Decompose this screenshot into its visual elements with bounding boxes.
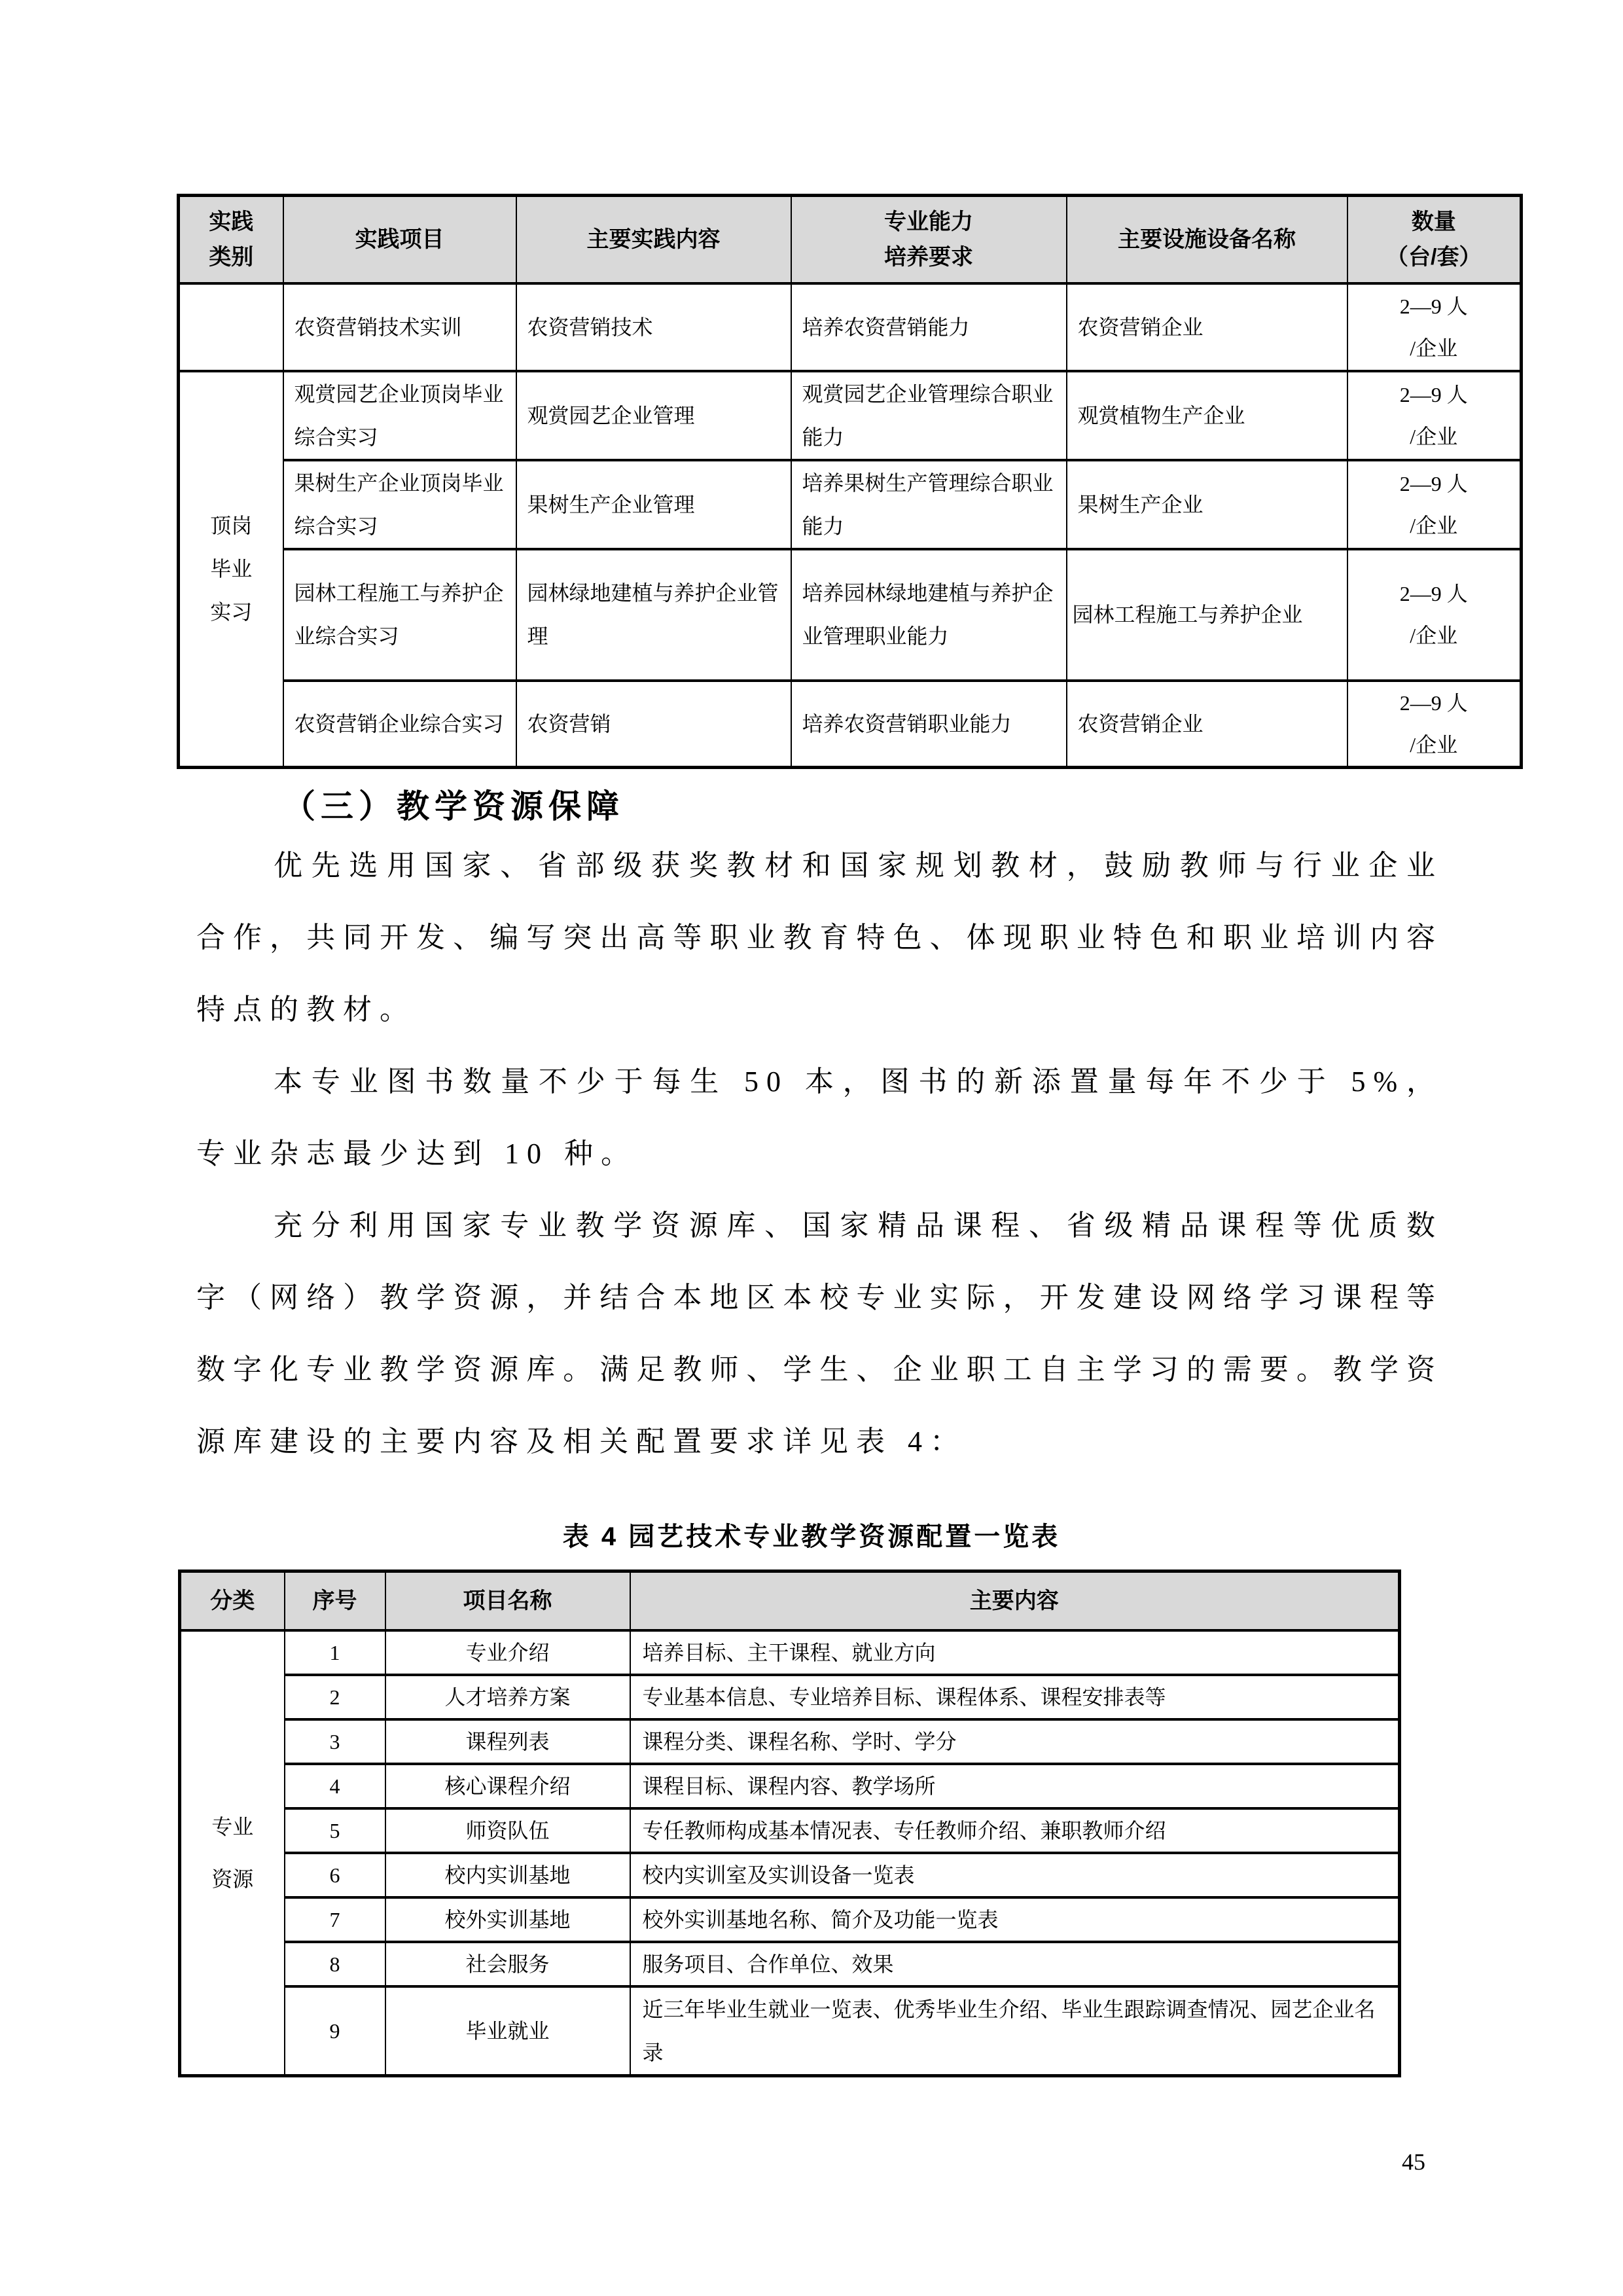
table-row: 3 课程列表 课程分类、课程名称、学时、学分: [180, 1719, 1400, 1764]
cell-category-empty: [179, 283, 283, 371]
header-main-content: 主要内容: [630, 1571, 1400, 1630]
header-line: 专业能力: [796, 204, 1062, 240]
cell-content: 课程目标、课程内容、教学场所: [630, 1764, 1400, 1808]
cell-name: 社会服务: [385, 1942, 630, 1986]
quantity-line: 2—9 人: [1359, 374, 1510, 416]
cell-ability: 培养农资营销职业能力: [791, 681, 1067, 768]
paragraph: 优先选用国家、省部级获奖教材和国家规划教材，鼓励教师与行业企业合作，共同开发、编…: [196, 830, 1443, 1046]
cell-name: 核心课程介绍: [385, 1764, 630, 1808]
cell-name: 校外实训基地: [385, 1897, 630, 1942]
category-line: 毕业: [190, 547, 272, 590]
cell-project: 园林工程施工与养护企业综合实习: [283, 549, 516, 681]
header-line: 实践: [184, 204, 279, 240]
cell-no: 9: [285, 1986, 385, 2076]
paragraph: 充分利用国家专业教学资源库、国家精品课程、省级精品课程等优质数字（网络）教学资源…: [196, 1190, 1443, 1478]
cell-content: 农资营销: [516, 681, 791, 768]
header-practice-project: 实践项目: [283, 196, 516, 283]
cell-quantity: 2—9 人 /企业: [1347, 460, 1522, 549]
quantity-line: /企业: [1359, 615, 1510, 656]
cell-facility: 园林工程施工与养护企业: [1067, 549, 1347, 681]
cell-content: 专任教师构成基本情况表、专任教师介绍、兼职教师介绍: [630, 1808, 1400, 1853]
quantity-line: 2—9 人: [1359, 463, 1510, 505]
table-row: 专业 资源 1 专业介绍 培养目标、主干课程、就业方向: [180, 1630, 1400, 1675]
table-row: 9 毕业就业 近三年毕业生就业一览表、优秀毕业生介绍、毕业生跟踪调查情况、园艺企…: [180, 1986, 1400, 2076]
header-quantity: 数量 （台/套）: [1347, 196, 1522, 283]
header-facility-name: 主要设施设备名称: [1067, 196, 1347, 283]
quantity-line: /企业: [1359, 327, 1510, 369]
cell-no: 3: [285, 1719, 385, 1764]
cell-ability: 培养园林绿地建植与养护企业管理职业能力: [791, 549, 1067, 681]
cell-content: 果树生产企业管理: [516, 460, 791, 549]
cell-content: 校内实训室及实训设备一览表: [630, 1853, 1400, 1897]
body-text-block: 优先选用国家、省部级获奖教材和国家规划教材，鼓励教师与行业企业合作，共同开发、编…: [196, 830, 1443, 1478]
cell-name: 校内实训基地: [385, 1853, 630, 1897]
quantity-line: 2—9 人: [1359, 682, 1510, 724]
cell-no: 7: [285, 1897, 385, 1942]
table-row: 4 核心课程介绍 课程目标、课程内容、教学场所: [180, 1764, 1400, 1808]
cell-content: 课程分类、课程名称、学时、学分: [630, 1719, 1400, 1764]
cell-name: 人才培养方案: [385, 1675, 630, 1719]
practice-category-span-cell: 顶岗 毕业 实习: [179, 371, 283, 768]
header-practice-content: 主要实践内容: [516, 196, 791, 283]
table-row: 2 人才培养方案 专业基本信息、专业培养目标、课程体系、课程安排表等: [180, 1675, 1400, 1719]
table-row: 顶岗 毕业 实习 观赏园艺企业顶岗毕业综合实习 观赏园艺企业管理 观赏园艺企业管…: [179, 371, 1522, 460]
table-caption: 表 4 园艺技术专业教学资源配置一览表: [0, 1516, 1623, 1553]
cell-content: 培养目标、主干课程、就业方向: [630, 1630, 1400, 1675]
practice-table-header-row: 实践 类别 实践项目 主要实践内容 专业能力 培养要求 主要设施设备名称 数量 …: [179, 196, 1522, 283]
quantity-line: 2—9 人: [1359, 285, 1510, 327]
cell-facility: 农资营销企业: [1067, 681, 1347, 768]
table-row: 7 校外实训基地 校外实训基地名称、简介及功能一览表: [180, 1897, 1400, 1942]
header-line: 培养要求: [796, 240, 1062, 275]
cell-facility: 果树生产企业: [1067, 460, 1347, 549]
resource-table-header-row: 分类 序号 项目名称 主要内容: [180, 1571, 1400, 1630]
quantity-line: 2—9 人: [1359, 573, 1510, 615]
teaching-resource-table: 分类 序号 项目名称 主要内容 专业 资源 1 专业介绍 培养目标、主干课程、就…: [178, 1570, 1401, 2077]
cell-content: 观赏园艺企业管理: [516, 371, 791, 460]
category-line: 资源: [192, 1853, 274, 1905]
section-heading: （三）教学资源保障: [196, 780, 1443, 827]
table-row: 农资营销技术实训 农资营销技术 培养农资营销能力 农资营销企业 2—9 人 /企…: [179, 283, 1522, 371]
category-line: 实习: [190, 590, 272, 634]
header-line: （台/套）: [1352, 240, 1516, 275]
cell-project: 农资营销技术实训: [283, 283, 516, 371]
paragraph: 本专业图书数量不少于每生 50 本，图书的新添置量每年不少于 5%，专业杂志最少…: [196, 1046, 1443, 1190]
quantity-line: /企业: [1359, 505, 1510, 547]
quantity-line: /企业: [1359, 724, 1510, 766]
cell-facility: 观赏植物生产企业: [1067, 371, 1347, 460]
quantity-line: /企业: [1359, 416, 1510, 457]
practice-training-table: 实践 类别 实践项目 主要实践内容 专业能力 培养要求 主要设施设备名称 数量 …: [177, 194, 1523, 769]
cell-ability: 观赏园艺企业管理综合职业能力: [791, 371, 1067, 460]
cell-content: 服务项目、合作单位、效果: [630, 1942, 1400, 1986]
table-row: 农资营销企业综合实习 农资营销 培养农资营销职业能力 农资营销企业 2—9 人 …: [179, 681, 1522, 768]
cell-name: 课程列表: [385, 1719, 630, 1764]
table-row: 6 校内实训基地 校内实训室及实训设备一览表: [180, 1853, 1400, 1897]
category-line: 顶岗: [190, 504, 272, 547]
cell-project: 农资营销企业综合实习: [283, 681, 516, 768]
cell-quantity: 2—9 人 /企业: [1347, 681, 1522, 768]
cell-content: 园林绿地建植与养护企业管理: [516, 549, 791, 681]
cell-name: 师资队伍: [385, 1808, 630, 1853]
header-line: 数量: [1352, 204, 1516, 240]
table-row: 8 社会服务 服务项目、合作单位、效果: [180, 1942, 1400, 1986]
category-line: 专业: [192, 1801, 274, 1853]
cell-no: 5: [285, 1808, 385, 1853]
header-line: 类别: [184, 240, 279, 275]
cell-no: 1: [285, 1630, 385, 1675]
cell-content: 农资营销技术: [516, 283, 791, 371]
header-item-name: 项目名称: [385, 1571, 630, 1630]
resource-category-span-cell: 专业 资源: [180, 1630, 285, 2076]
cell-project: 果树生产企业顶岗毕业综合实习: [283, 460, 516, 549]
header-serial-number: 序号: [285, 1571, 385, 1630]
cell-facility: 农资营销企业: [1067, 283, 1347, 371]
cell-quantity: 2—9 人 /企业: [1347, 371, 1522, 460]
table-row: 果树生产企业顶岗毕业综合实习 果树生产企业管理 培养果树生产管理综合职业能力 果…: [179, 460, 1522, 549]
cell-name: 毕业就业: [385, 1986, 630, 2076]
table-row: 5 师资队伍 专任教师构成基本情况表、专任教师介绍、兼职教师介绍: [180, 1808, 1400, 1853]
document-page: 实践 类别 实践项目 主要实践内容 专业能力 培养要求 主要设施设备名称 数量 …: [0, 0, 1623, 2296]
cell-no: 2: [285, 1675, 385, 1719]
cell-content: 专业基本信息、专业培养目标、课程体系、课程安排表等: [630, 1675, 1400, 1719]
cell-quantity: 2—9 人 /企业: [1347, 283, 1522, 371]
table-row: 园林工程施工与养护企业综合实习 园林绿地建植与养护企业管理 培养园林绿地建植与养…: [179, 549, 1522, 681]
cell-name: 专业介绍: [385, 1630, 630, 1675]
header-ability-requirement: 专业能力 培养要求: [791, 196, 1067, 283]
header-practice-category: 实践 类别: [179, 196, 283, 283]
cell-ability: 培养农资营销能力: [791, 283, 1067, 371]
page-number: 45: [1368, 2148, 1459, 2176]
cell-content: 校外实训基地名称、简介及功能一览表: [630, 1897, 1400, 1942]
cell-no: 8: [285, 1942, 385, 1986]
cell-no: 6: [285, 1853, 385, 1897]
cell-project: 观赏园艺企业顶岗毕业综合实习: [283, 371, 516, 460]
cell-quantity: 2—9 人 /企业: [1347, 549, 1522, 681]
header-classification: 分类: [180, 1571, 285, 1630]
cell-ability: 培养果树生产管理综合职业能力: [791, 460, 1067, 549]
cell-no: 4: [285, 1764, 385, 1808]
cell-content: 近三年毕业生就业一览表、优秀毕业生介绍、毕业生跟踪调查情况、园艺企业名录: [630, 1986, 1400, 2076]
